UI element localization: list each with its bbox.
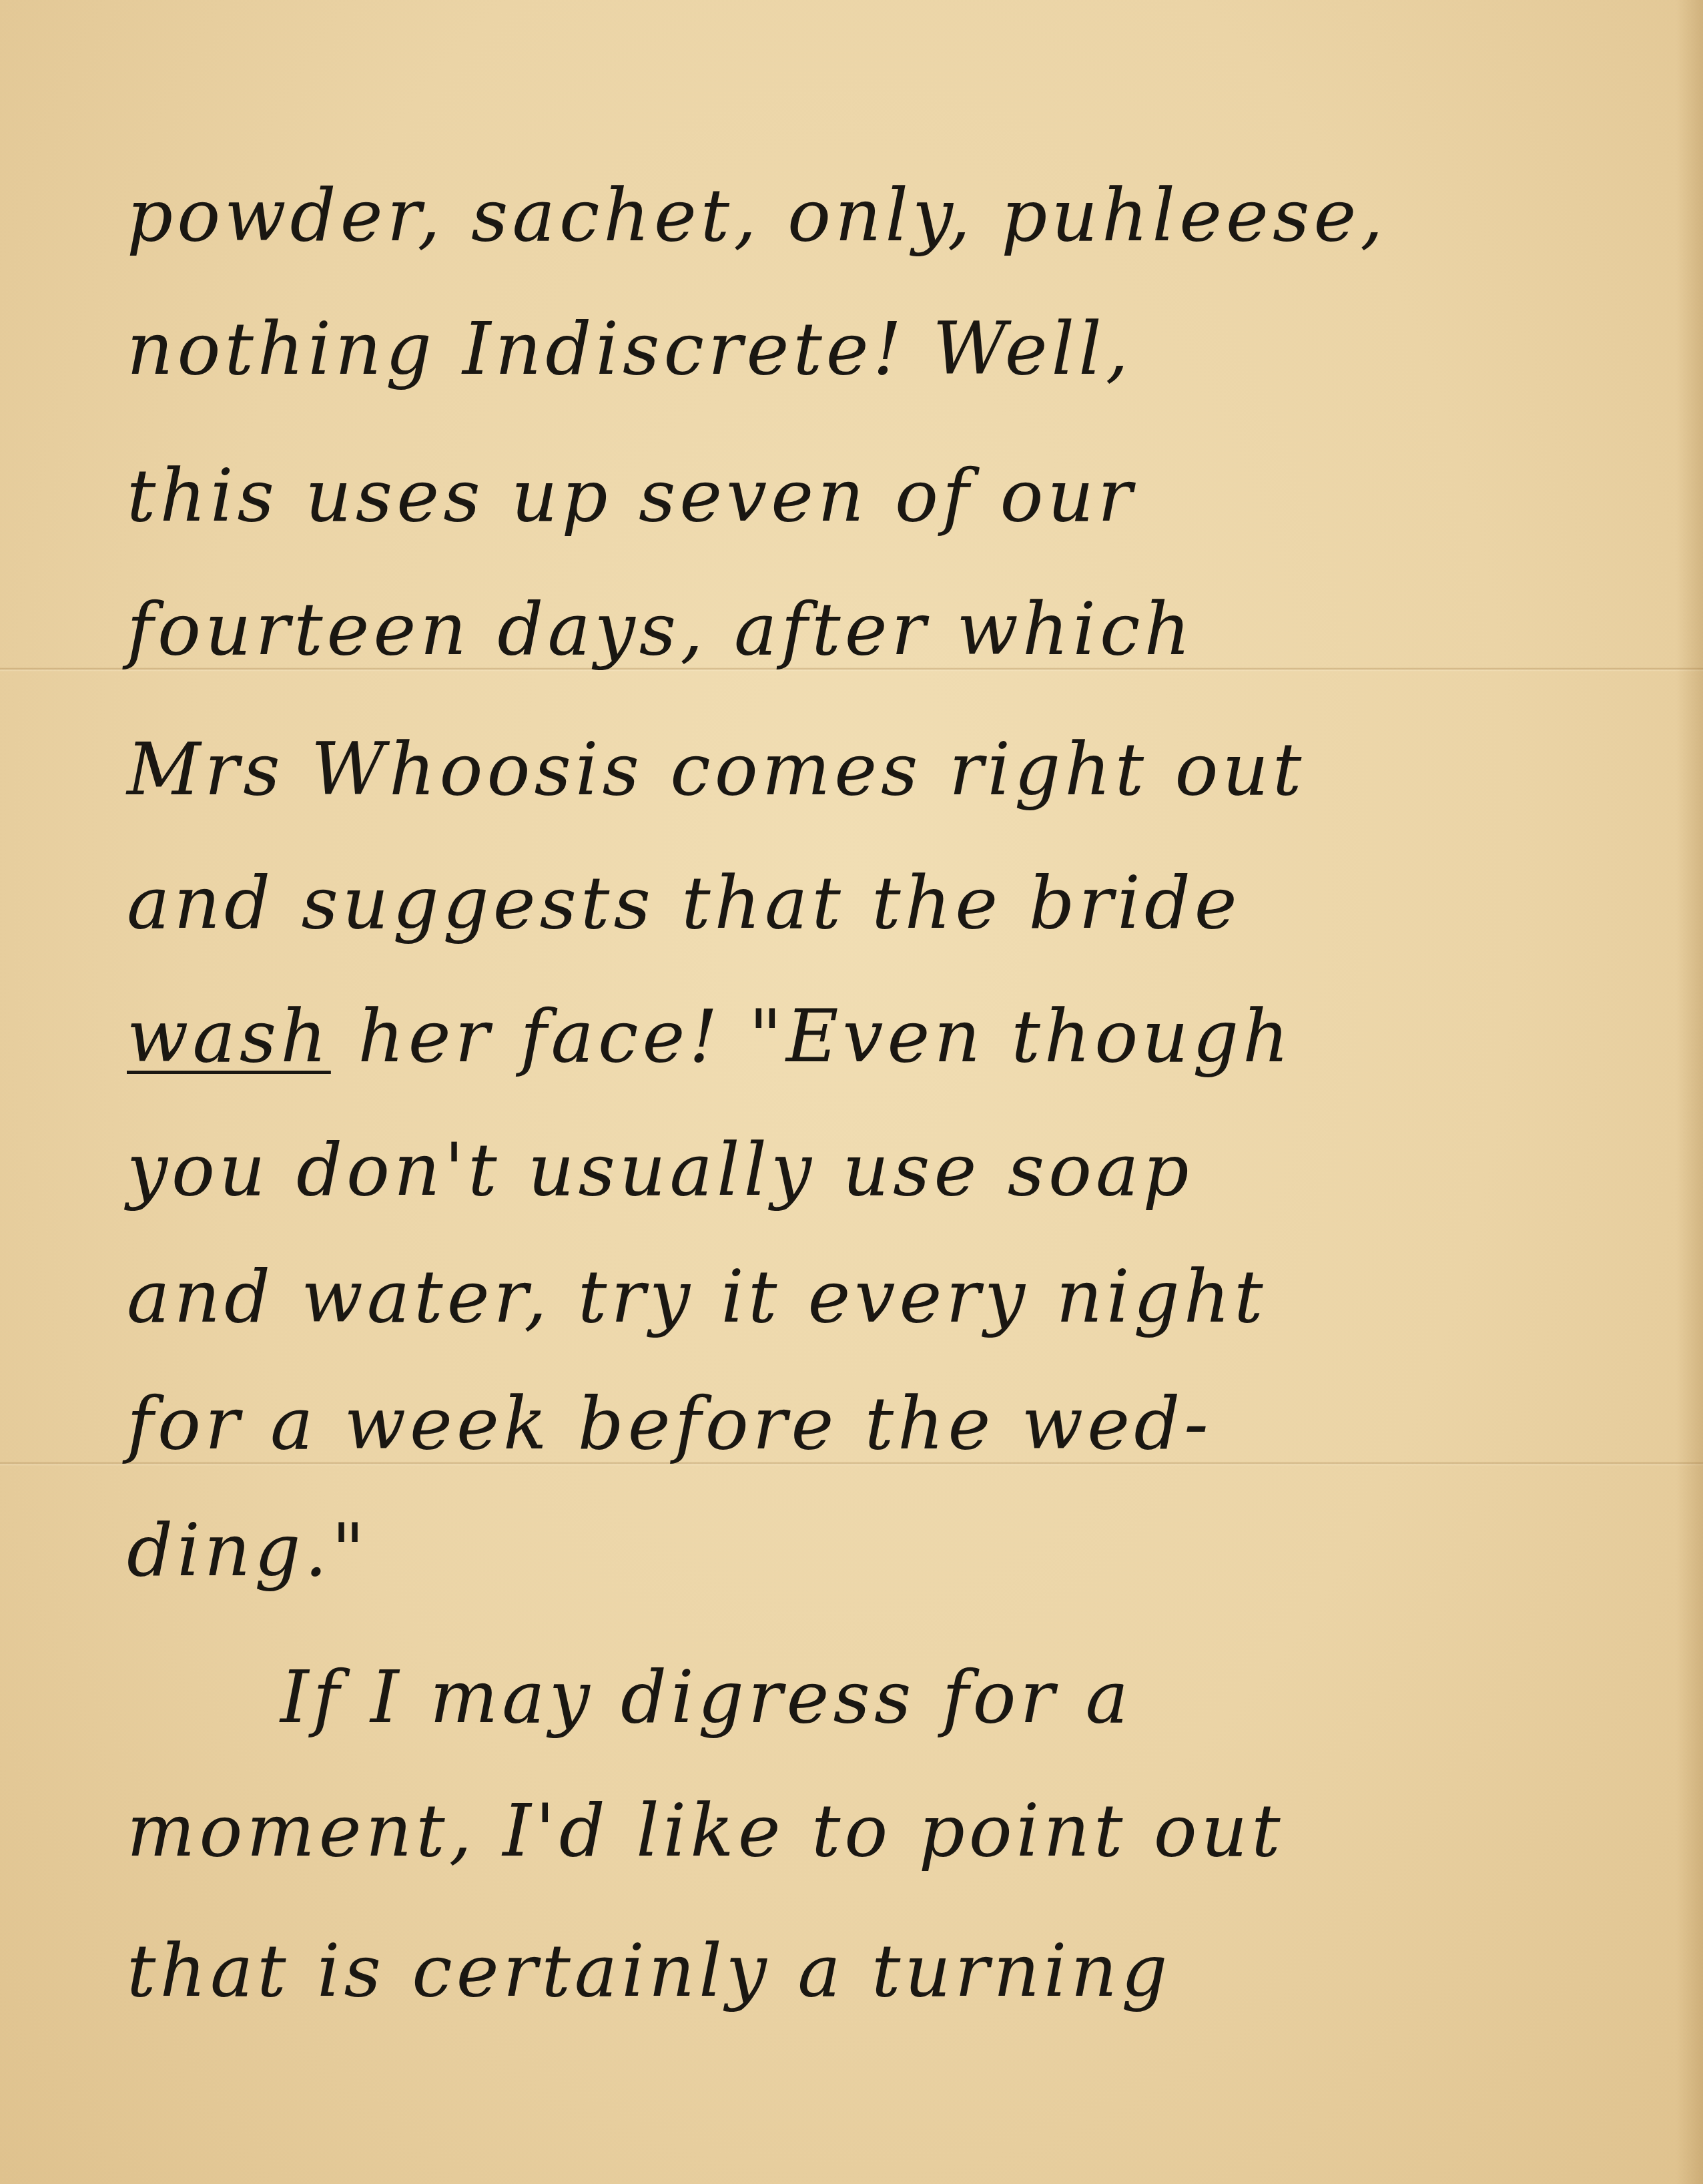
handwritten-line-4: fourteen days, after which (127, 594, 1596, 666)
handwritten-line-13: moment, I'd like to point out (127, 1796, 1596, 1868)
paper-edge (1676, 0, 1703, 2184)
handwritten-line-7: wash her face! "Even though (127, 1001, 1596, 1073)
handwritten-line-9: and water, try it every night (127, 1262, 1596, 1334)
underlined-word: wash (127, 995, 331, 1079)
handwritten-line-10: for a week before the wed- (127, 1388, 1596, 1460)
line-7-rest: her face! "Even though (331, 995, 1293, 1079)
handwritten-line-14: that is certainly a turning (127, 1936, 1596, 2008)
handwritten-line-2: nothing Indiscrete! Well, (127, 314, 1596, 386)
letter-page: powder, sachet, only, puhleese, nothing … (0, 0, 1703, 2184)
handwritten-line-1: powder, sachet, only, puhleese, (127, 180, 1596, 252)
handwritten-line-6: and suggests that the bride (127, 868, 1596, 940)
handwritten-line-8: you don't usually use soap (127, 1135, 1596, 1207)
handwritten-line-5: Mrs Whoosis comes right out (127, 734, 1596, 806)
handwritten-line-3: this uses up seven of our (127, 461, 1596, 533)
handwritten-line-12: If I may digress for a (280, 1662, 1596, 1734)
handwritten-line-11: ding." (127, 1515, 1596, 1587)
